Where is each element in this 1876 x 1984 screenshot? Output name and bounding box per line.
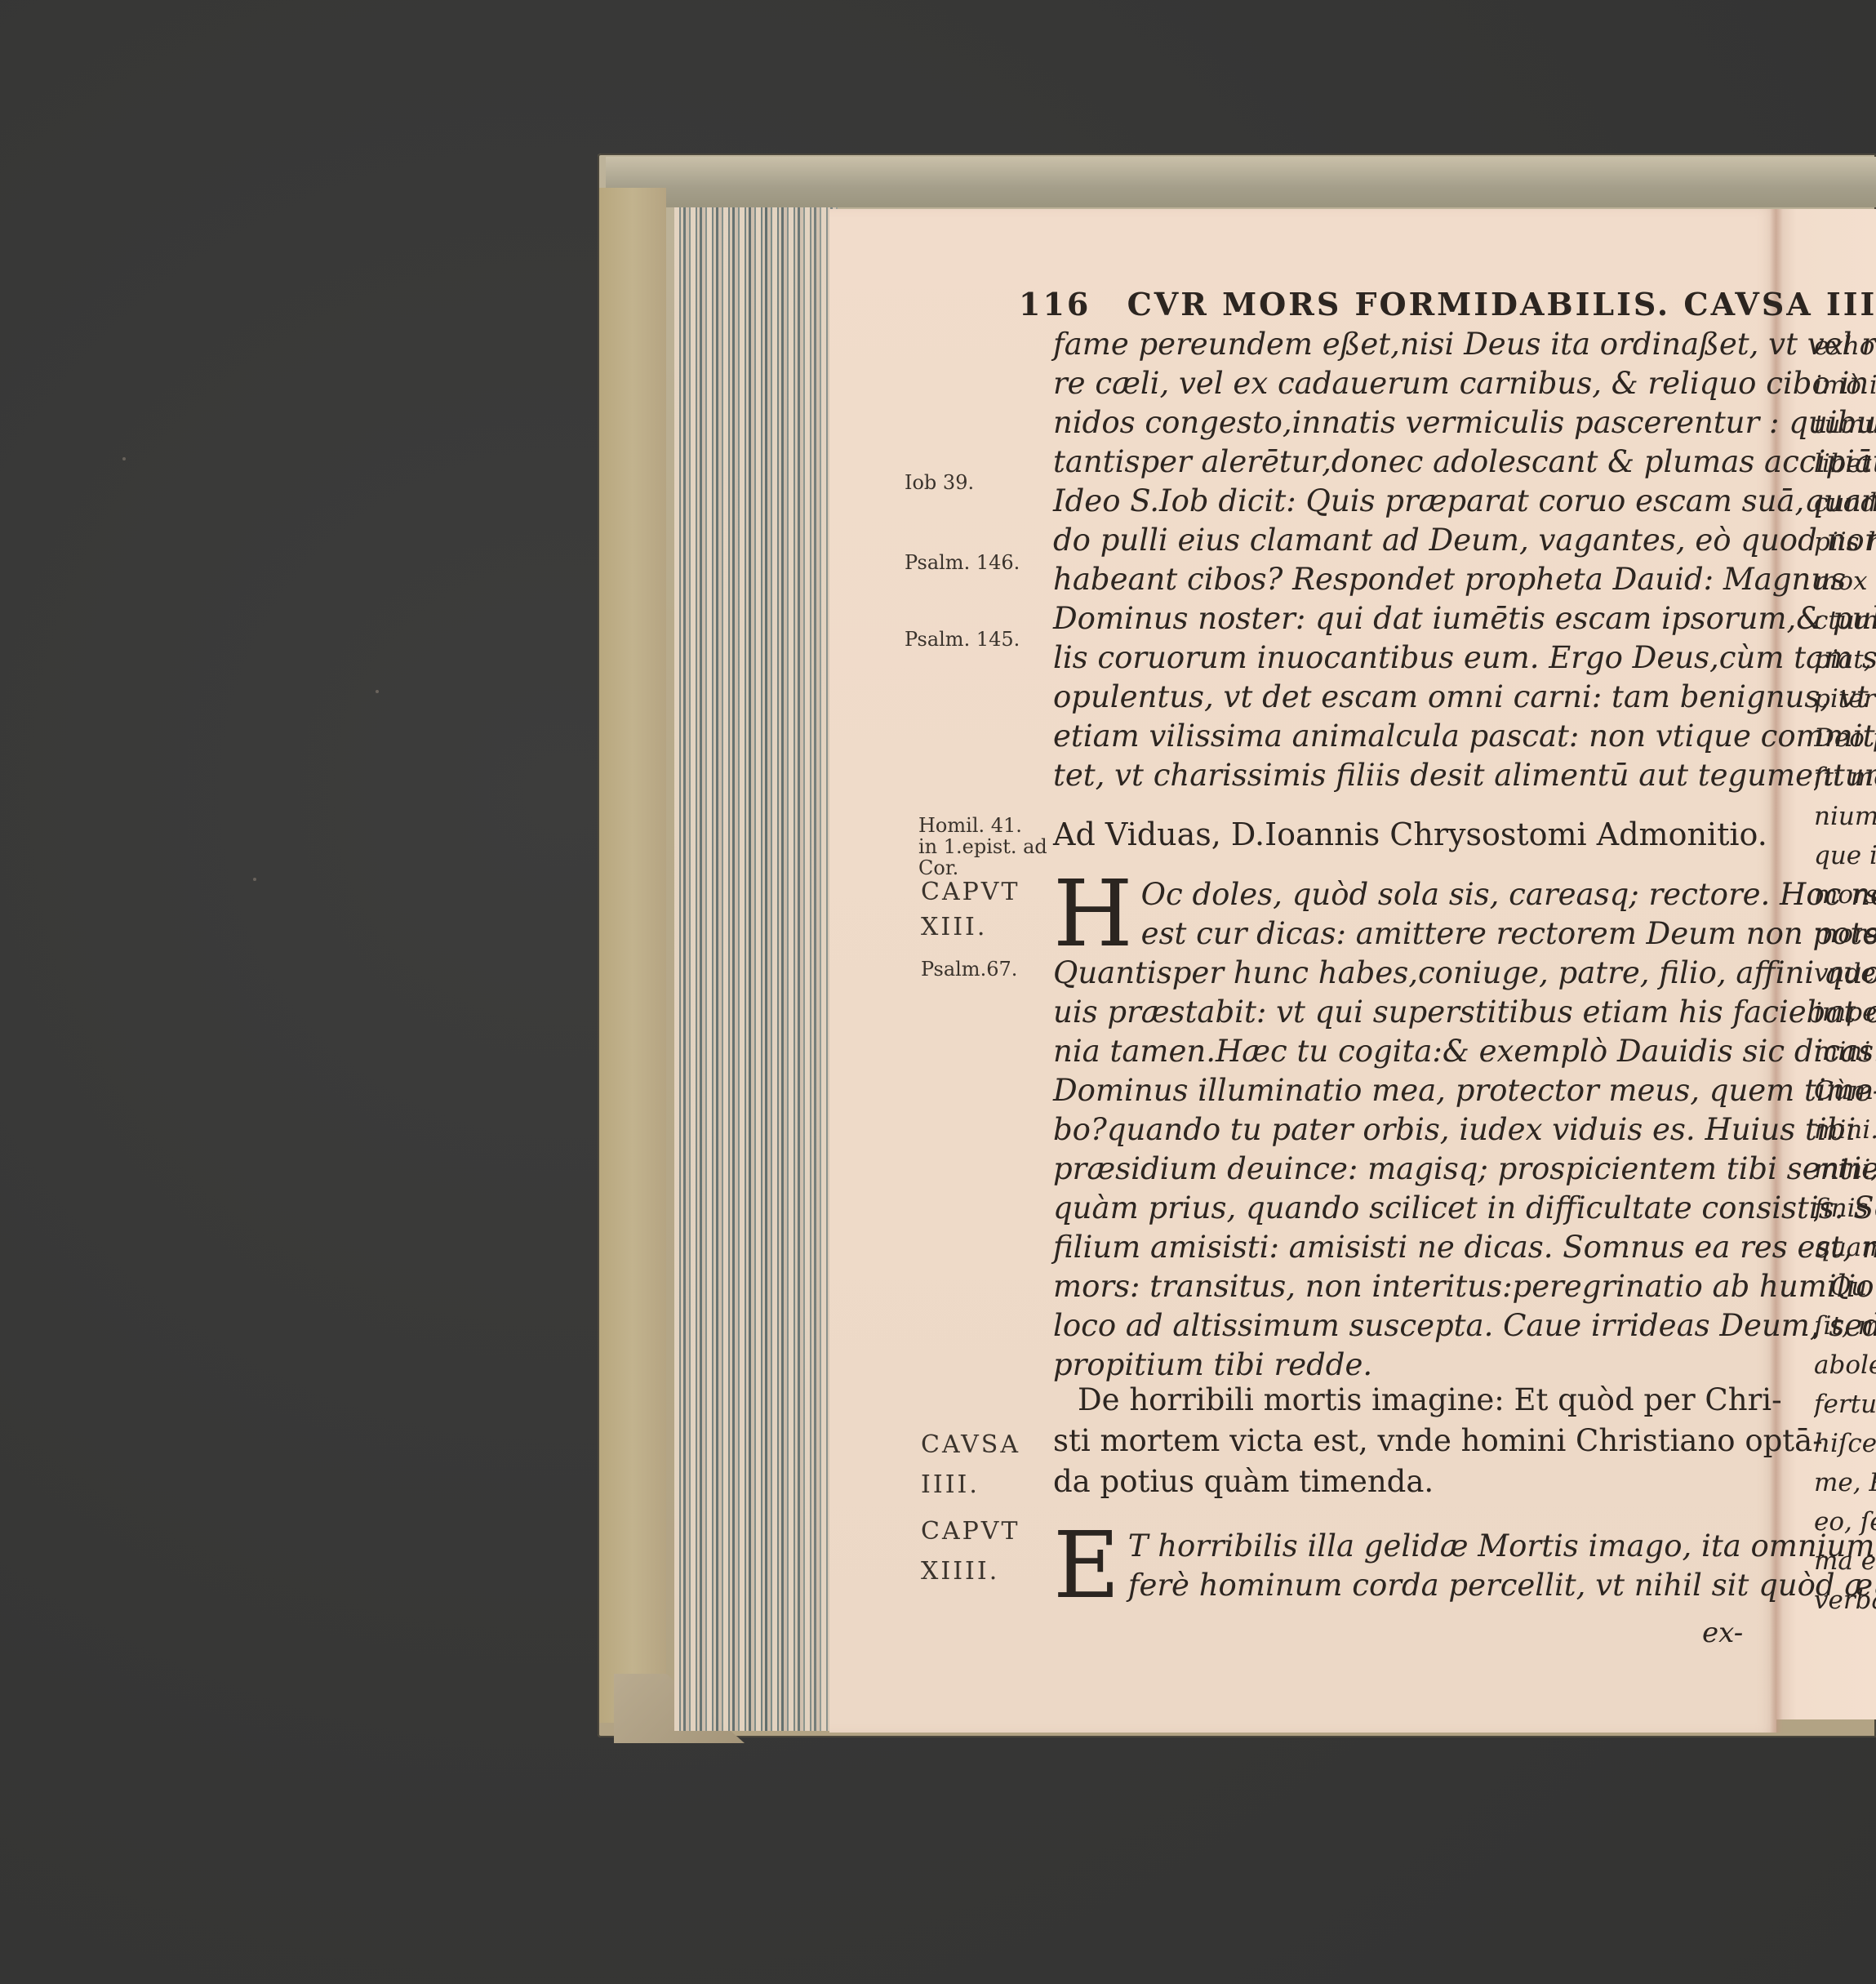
text-line: vnde v — [1814, 954, 1876, 993]
text-line: etiam vilissima animalcula pascat: non v… — [1053, 717, 1743, 756]
text-line: piis ho — [1814, 523, 1876, 562]
text-line: me, Pa — [1814, 1463, 1876, 1502]
margin-causa-4: CAVSA IIII. — [921, 1430, 1020, 1499]
caput-number: XIII. — [921, 913, 1020, 941]
book-spine-board — [599, 188, 666, 1723]
text-line: mini. I — [1814, 1110, 1876, 1150]
text-line: imperi — [1814, 993, 1876, 1032]
text-line: fame pereundem eßet,nisi Deus ita ordina… — [1053, 325, 1743, 364]
text-line: quam — [1814, 1228, 1876, 1267]
text-line: libet b — [1814, 444, 1876, 483]
text-line: Deo pr — [1814, 718, 1876, 758]
dust-speck — [122, 457, 126, 460]
caput-label: CAPVT — [921, 878, 1020, 906]
text-line: eo, ſed — [1814, 1502, 1876, 1541]
text-line: Ideo S.Iob dicit: Quis præparat coruo es… — [1053, 482, 1743, 521]
text-line: ſit, mor — [1814, 1306, 1876, 1346]
text-line: T horribilis illa gelidæ Mortis imago, i… — [1053, 1527, 1743, 1566]
dust-speck — [376, 690, 379, 693]
text-line: ferè hominum corda percellit, vt nihil s… — [1053, 1566, 1743, 1605]
text-line: mors, ( — [1814, 875, 1876, 914]
text-line: fertur. — [1814, 1385, 1876, 1424]
text-line: re cæli, vel ex cadauerum carnibus, & re… — [1053, 364, 1743, 403]
text-line: mini S — [1814, 1032, 1876, 1071]
text-line: piterna — [1814, 679, 1876, 718]
book-cover-top-edge — [606, 157, 1876, 207]
text-line: tumui — [1814, 405, 1876, 444]
margin-note-psalm-145: Psalm. 145. — [905, 629, 1020, 650]
margin-note-psalm-67: Psalm.67. — [921, 959, 1017, 980]
text-line: uis præstabit: vt qui superstitibus etia… — [1053, 993, 1743, 1032]
text-line: filium amisisti: amisisti ne dicas. Somn… — [1053, 1228, 1743, 1267]
caput-number: XIIII. — [921, 1557, 1020, 1586]
text-line: quàm prius, quando scilicet in difficult… — [1053, 1189, 1743, 1228]
text-line: opulentus, vt det escam omni carni: tam … — [1053, 678, 1743, 717]
text-line: tantisper alerētur,donec adolescant & pl… — [1053, 443, 1743, 482]
text-line: mors à — [1814, 914, 1876, 954]
margin-caput-14: CAPVT XIIII. — [921, 1517, 1020, 1586]
text-line: ctum e — [1814, 601, 1876, 640]
margin-note-psalm-146: Psalm. 146. — [905, 552, 1020, 573]
text-line: Cùm a — [1814, 1071, 1876, 1110]
text-line: que im — [1814, 836, 1876, 875]
section-heading: Ad Viduas, D.Ioannis Chrysostomi Admonit… — [1053, 816, 1743, 852]
text-line: mox gr — [1814, 562, 1876, 601]
text-line: est cur dicas: amittere rectorem Deum no… — [1053, 914, 1743, 954]
heading-line: da potius quàm timenda. — [1053, 1461, 1743, 1502]
margin-note-homil: Homil. 41. in 1.epist. ad Cor. — [918, 815, 1047, 879]
drop-cap: H — [1053, 877, 1133, 952]
text-line: ſti men — [1814, 758, 1876, 797]
text-line: habeant cibos? Respondet propheta Dauid:… — [1053, 560, 1743, 599]
text-line: imò ipſ — [1814, 366, 1876, 405]
right-page-text-fragment: exhort imò ipſ tumui libet b cundu piis … — [1814, 327, 1876, 1620]
causa-number: IIII. — [921, 1470, 1020, 1499]
causa-label: CAVSA — [921, 1430, 1020, 1459]
catchword: ex- — [1702, 1617, 1743, 1649]
text-line: verba, — [1814, 1581, 1876, 1620]
heading-line: De horribili mortis imagine: Et quòd per… — [1053, 1380, 1743, 1421]
text-line: exhort — [1814, 327, 1876, 366]
margin-note-job: Iob 39. — [905, 472, 974, 493]
text-line: finis l — [1814, 1189, 1876, 1228]
text-line: hiſce v — [1814, 1424, 1876, 1463]
drop-cap: E — [1053, 1528, 1120, 1604]
text-line: Dominus illuminatio mea, protector meus,… — [1053, 1071, 1743, 1110]
margin-caput-13: CAPVT XIII. — [921, 878, 1020, 941]
text-line: Dominus noster: qui dat iumētis escam ip… — [1053, 599, 1743, 638]
text-line: mors: transitus, non interitus:peregrina… — [1053, 1267, 1743, 1306]
running-head: 116 CVR MORS FORMIDABILIS. CAVSA III. — [1019, 286, 1754, 323]
text-line: nium e — [1814, 797, 1876, 836]
text-line: lis coruorum inuocantibus eum. Ergo Deus… — [1053, 638, 1743, 678]
section-2-heading: De horribili mortis imagine: Et quòd per… — [1053, 1380, 1743, 1502]
page-number: 116 — [1019, 286, 1091, 323]
text-line: bo?quando tu pater orbis, iudex viduis e… — [1053, 1110, 1743, 1150]
caput-label: CAPVT — [921, 1517, 1020, 1546]
text-line: præsidium deuince: magisq; prospicientem… — [1053, 1150, 1743, 1189]
heading-line: sti mortem victa est, vnde homini Christ… — [1053, 1421, 1743, 1461]
paragraph-2: H Oc doles, quòd sola sis, careasq; rect… — [1053, 875, 1743, 1385]
text-line: Oc doles, quòd sola sis, careasq; rector… — [1053, 875, 1743, 914]
paragraph-1: fame pereundem eßet,nisi Deus ita ordina… — [1053, 325, 1743, 795]
dust-speck — [253, 878, 256, 881]
text-line: ma ex — [1814, 1541, 1876, 1581]
text-line: nidos congesto,innatis vermiculis pascer… — [1053, 403, 1743, 443]
homil-line: in 1.epist. ad — [918, 836, 1047, 857]
text-line: loco ad altissimum suscepta. Caue irride… — [1053, 1306, 1743, 1346]
text-line: nia tamen.Hæc tu cogita:& exemplò Dauidi… — [1053, 1032, 1743, 1071]
running-title: CVR MORS FORMIDABILIS. CAVSA III. — [1127, 286, 1876, 323]
homil-line: Cor. — [918, 857, 1047, 879]
text-line: do pulli eius clamant ad Deum, vagantes,… — [1053, 521, 1743, 560]
text-line: piat, ſe — [1814, 640, 1876, 679]
paragraph-3: E T horribilis illa gelidæ Mortis imago,… — [1053, 1527, 1743, 1605]
text-line: Qu — [1814, 1267, 1876, 1306]
text-line: Quantisper hunc habes,coniuge, patre, fi… — [1053, 954, 1743, 993]
text-line: mini, n — [1814, 1150, 1876, 1189]
text-line: propitium tibi redde. — [1053, 1346, 1743, 1385]
text-line: cundu — [1814, 483, 1876, 523]
homil-line: Homil. 41. — [918, 815, 1047, 836]
text-line: tet, vt charissimis filiis desit aliment… — [1053, 756, 1743, 795]
text-line: abolet — [1814, 1346, 1876, 1385]
page-fore-edge-shade — [674, 207, 838, 1731]
